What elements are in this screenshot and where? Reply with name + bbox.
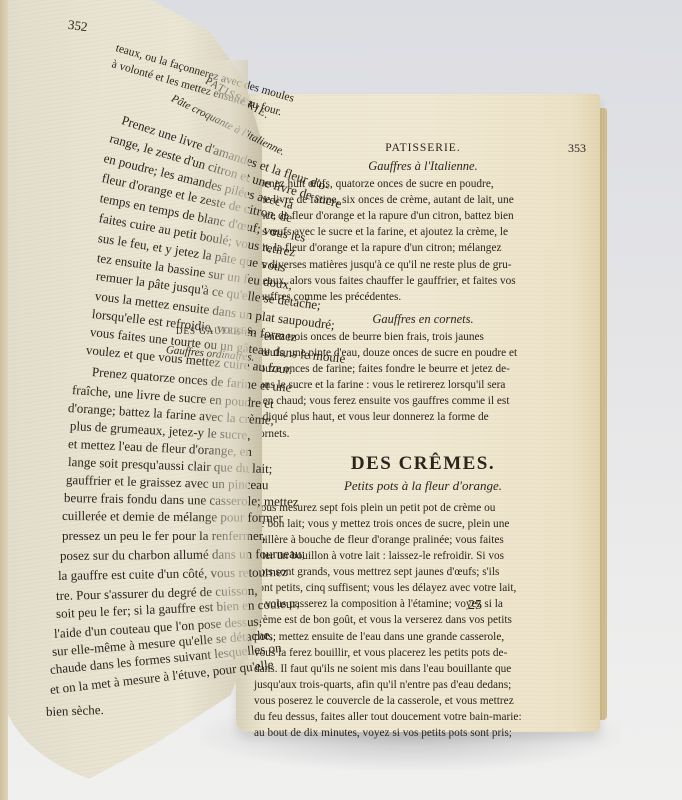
text-line: Prenez trois onces de beurre bien frais,… (254, 329, 592, 345)
text-line: Vous mesurez sept fois plein un petit po… (254, 500, 592, 516)
text-line: de bon lait; vous y mettez trois onces d… (254, 516, 592, 532)
text-line: et vous passerez la composition à l'étam… (254, 596, 592, 612)
text-line: pressez un peu le fer pour la renfermer, (62, 528, 266, 544)
text-line: posez sur du charbon allumé dans un four… (60, 546, 305, 564)
text-line: lait, la fleur d'orange et la rapure d'u… (254, 240, 592, 256)
signature-mark: 25 (468, 598, 482, 614)
page-header: PATISSERIE. 353 (254, 140, 592, 158)
text-line: dans le sucre et la farine : vous le ret… (254, 377, 592, 393)
text-line: crème est de bon goût, et vous la verser… (254, 612, 592, 628)
section-heading: DES GAUFFRES. (176, 326, 257, 336)
text-line: cornets. (254, 426, 592, 442)
text-line: indiqué plus haut, et vous leur donnerez… (254, 409, 592, 425)
text-line: pots; mettez ensuite de l'eau dans une g… (254, 629, 592, 645)
page-number: 353 (568, 140, 586, 156)
text-line: bien chaud; vous ferez ensuite vos gauff… (254, 393, 592, 409)
text-line: meaux, alors vous faites chauffer le gau… (254, 273, 592, 289)
text-line: du feu dessus, faites aller tout douceme… (254, 709, 592, 725)
text-line: jusqu'aux trois-quarts, afin qu'il n'ent… (254, 677, 592, 693)
text-line: pots sont grands, vous mettrez sept jaun… (254, 564, 592, 580)
page-number: 352 (67, 17, 89, 36)
text-line: cuillerée et demie de mélange pour forme… (62, 508, 283, 526)
text-line: vous la ferez bouillir, et vous placerez… (254, 645, 592, 661)
recipe-title: Petits pots à la fleur d'orange. (254, 478, 592, 494)
text-line: les diverses matières jusqu'à ce qu'il n… (254, 257, 592, 273)
text-line: douze onces de farine; faites fondre le … (254, 361, 592, 377)
text-line: once de fleur d'orange et la rapure d'un… (254, 208, 592, 224)
section-heading: DES CRÊMES. (254, 456, 592, 472)
recipe-body: Vous mesurez sept fois plein un petit po… (254, 500, 592, 741)
text-line: dans. Il faut qu'ils ne soient mis dans … (254, 661, 592, 677)
text-line: vous poserez le couvercle de la casserol… (254, 693, 592, 709)
text-line: bien sèche. (46, 702, 104, 720)
photo-scene: PATISSERIE. 353 Gauffres à l'Italienne. … (0, 0, 682, 800)
text-line: au bout de dix minutes, voyez si vos pet… (254, 725, 592, 741)
binding-edge (0, 0, 8, 800)
running-head: PATISSERIE. (254, 140, 592, 156)
text-line: sont petits, cinq suffisent; vous les dé… (254, 580, 592, 596)
